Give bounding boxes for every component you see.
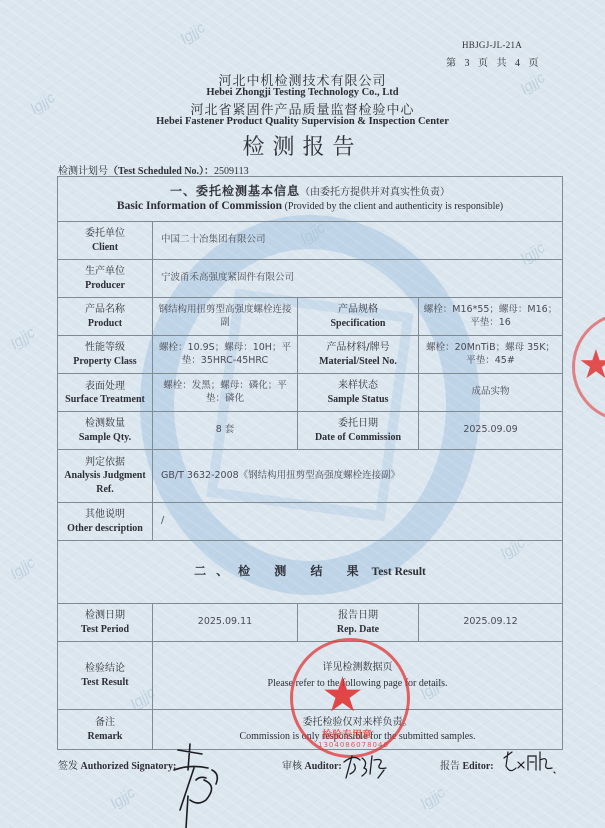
conclusion-label-en: Test Result <box>62 676 148 690</box>
table-row-conclusion: 检验结论Test Result 详见检测数据页 Please refer to … <box>58 642 563 710</box>
conclusion-value-en: Please refer to the following page for d… <box>268 678 448 689</box>
watermark-text: lgjjc <box>417 784 448 813</box>
producer-value: 宁波甬禾高强度紧固件有限公司 <box>153 260 563 298</box>
report-date-value: 2025.09.12 <box>419 604 563 642</box>
table-row-producer: 生产单位Producer 宁波甬禾高强度紧固件有限公司 <box>58 260 563 298</box>
editor-label-cn: 报告 <box>440 761 460 772</box>
remark-value-en: Commission is only responsible for the s… <box>239 731 475 742</box>
editor-label-en: Editor: <box>463 761 494 772</box>
client-label-en: Client <box>62 241 148 255</box>
other-label-cn: 其他说明 <box>62 508 148 522</box>
product-label-cn: 产品名称 <box>62 303 148 317</box>
other-value: / <box>153 503 563 541</box>
sample-status-label-en: Sample Status <box>302 393 414 407</box>
conclusion-label-cn: 检验结论 <box>62 662 148 676</box>
commission-date-value: 2025.09.09 <box>419 412 563 450</box>
section2-title-cn: 二、检 测 结 果 <box>194 564 369 578</box>
remark-value: 委托检验仅对来样负责。 Commission is only responsib… <box>153 710 563 750</box>
conclusion-value: 详见检测数据页 Please refer to the following pa… <box>153 642 563 710</box>
section1-title-en: Basic Information of Commission <box>117 200 282 212</box>
section1-note-en: (Provided by the client and authenticity… <box>285 201 504 212</box>
test-period-label-en: Test Period <box>62 623 148 637</box>
material-value: 螺栓：20MnTiB；螺母 35K；平垫：45# <box>419 336 563 374</box>
test-scheduled-no: 检测计划号（Test Scheduled No.）：2509113 <box>58 162 249 177</box>
conclusion-value-cn: 详见检测数据页 <box>157 661 558 675</box>
client-label-cn: 委托单位 <box>62 227 148 241</box>
sample-status-value: 成品实物 <box>419 374 563 412</box>
judgment-ref-label-en: Analysis Judgment Ref. <box>62 469 148 496</box>
table-row-test-period: 检测日期Test Period 2025.09.11 报告日期Rep. Date… <box>58 604 563 642</box>
commission-date-label-cn: 委托日期 <box>302 417 414 431</box>
remark-label-cn: 备注 <box>62 716 148 730</box>
property-class-value: 螺栓：10.9S；螺母：10H；平垫：35HRC-45HRC <box>153 336 298 374</box>
table-row-remark: 备注Remark 委托检验仅对来样负责。 Commission is only … <box>58 710 563 750</box>
material-label-en: Material/Steel No. <box>302 355 414 369</box>
section-test-result-header: 二、检 测 结 果 Test Result <box>58 541 563 604</box>
judgment-ref-label-cn: 判定依据 <box>62 456 148 470</box>
sample-qty-value: 8 套 <box>153 412 298 450</box>
property-class-label-en: Property Class <box>62 355 148 369</box>
editor-label: 报告 Editor: <box>440 757 494 772</box>
table-row-client: 委托单位Client 中国二十冶集团有限公司 <box>58 222 563 260</box>
material-label-cn: 产品材料/牌号 <box>302 341 414 355</box>
authorized-signatory-label: 签发 Authorized Signatory: <box>58 757 176 772</box>
authorized-label-en: Authorized Signatory: <box>81 761 177 772</box>
document-code: HBJGJ-JL-21A <box>462 40 522 50</box>
edge-seal-star-icon: ★ <box>578 345 605 385</box>
auditor-label-en: Auditor: <box>305 761 342 772</box>
product-label-en: Product <box>62 317 148 331</box>
surface-label-en: Surface Treatment <box>62 394 148 406</box>
table-row-property-class: 性能等级Property Class 螺栓：10.9S；螺母：10H；平垫：35… <box>58 336 563 374</box>
commission-date-label-en: Date of Commission <box>302 431 414 445</box>
producer-label-cn: 生产单位 <box>62 265 148 279</box>
specification-label-cn: 产品规格 <box>302 303 414 317</box>
editor-signature <box>500 748 560 778</box>
auditor-signature <box>340 750 400 782</box>
table-row-sample-qty: 检测数量Sample Qty. 8 套 委托日期Date of Commissi… <box>58 412 563 450</box>
edge-seal-stamp <box>572 312 605 422</box>
table-row-other-description: 其他说明Other description / <box>58 503 563 541</box>
producer-label-en: Producer <box>62 279 148 293</box>
sample-qty-label-en: Sample Qty. <box>62 431 148 445</box>
company-name-en: Hebei Zhongji Testing Technology Co., Lt… <box>0 87 605 98</box>
table-row-surface-treatment: 表面处理Surface Treatment 螺栓：发黑；螺母：磷化；平垫：磷化 … <box>58 374 563 412</box>
table-row-judgment-ref: 判定依据Analysis Judgment Ref. GB/T 3632-200… <box>58 450 563 503</box>
authorized-label-cn: 签发 <box>58 761 78 772</box>
center-name-en: Hebei Fastener Product Quality Supervisi… <box>0 116 605 127</box>
watermark-text: lgjjc <box>7 324 38 353</box>
test-period-value: 2025.09.11 <box>153 604 298 642</box>
remark-value-cn: 委托检验仅对来样负责。 <box>157 716 558 730</box>
product-value: 钢结构用扭剪型高强度螺栓连接副 <box>153 298 298 336</box>
watermark-text: lgjjc <box>7 554 38 583</box>
surface-label-cn: 表面处理 <box>62 380 148 394</box>
watermark-text: lgjjc <box>107 784 138 813</box>
report-title: 检测报告 <box>0 130 605 161</box>
auditor-label: 审核 Auditor: <box>282 757 342 772</box>
remark-label-en: Remark <box>62 730 148 744</box>
auditor-label-cn: 审核 <box>282 761 302 772</box>
other-label-en: Other description <box>62 522 148 536</box>
property-class-label-cn: 性能等级 <box>62 341 148 355</box>
specification-label-en: Specification <box>302 317 414 331</box>
report-table: 一、委托检测基本信息（由委托方提供并对真实性负责） Basic Informat… <box>57 176 563 750</box>
sample-qty-label-cn: 检测数量 <box>62 417 148 431</box>
section2-title-en: Test Result <box>372 566 426 578</box>
sample-status-label-cn: 来样状态 <box>302 379 414 393</box>
test-period-label-cn: 检测日期 <box>62 609 148 623</box>
report-date-label-en: Rep. Date <box>302 623 414 637</box>
page-indicator: 第 3 页 共 4 页 <box>446 54 542 69</box>
authorized-signature <box>160 740 230 828</box>
report-date-label-cn: 报告日期 <box>302 609 414 623</box>
section1-note-cn: （由委托方提供并对真实性负责） <box>300 187 450 198</box>
watermark-text: lgjjc <box>177 19 208 48</box>
client-value: 中国二十冶集团有限公司 <box>153 222 563 260</box>
specification-value: 螺栓：M16*55；螺母：M16；平垫：16 <box>419 298 563 336</box>
table-row-product: 产品名称Product 钢结构用扭剪型高强度螺栓连接副 产品规格Specific… <box>58 298 563 336</box>
judgment-ref-value: GB/T 3632-2008《钢结构用扭剪型高强度螺栓连接副》 <box>153 450 563 503</box>
surface-value: 螺栓：发黑；螺母：磷化；平垫：磷化 <box>153 374 298 412</box>
section-basic-info-header: 一、委托检测基本信息（由委托方提供并对真实性负责） Basic Informat… <box>58 177 563 222</box>
section1-title-cn: 一、委托检测基本信息 <box>170 184 300 198</box>
